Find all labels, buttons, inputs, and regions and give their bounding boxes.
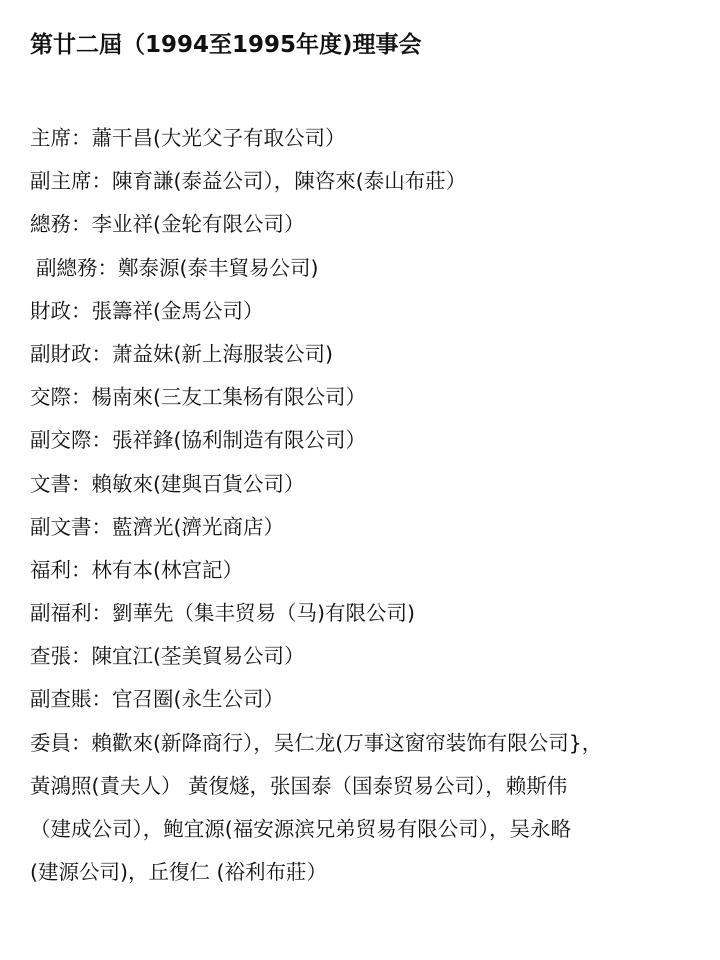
document-title: 第廿二屆（1994至1995年度)理事会 [30,26,422,59]
line-social-affairs: 交際：楊南來(三友工集杨有限公司） [30,376,710,419]
line-vice-treasurer: 副財政：萧益妹(新上海服装公司) [30,333,710,376]
line-vice-general-affairs: 副總務：鄭泰源(泰丰貿易公司) [30,247,710,290]
line-welfare: 福利：林有本(林宫記） [30,549,710,592]
line-treasurer: 財政：張籌祥(金馬公司） [30,290,710,333]
line-vice-welfare: 副福利：劉華先（集丰贸易（马)有限公司) [30,592,710,635]
line-committee-members-2: 黃鴻照(責夫人） 黃復燧，张国泰（国泰贸易公司），赖斯伟 [30,765,710,808]
line-committee-members-1: 委員：賴歡來(新降商行），吴仁龙(万事这窗帘装饰有限公司}， [30,722,710,765]
line-general-affairs: 總務：李业祥(金轮有限公司） [30,203,710,246]
line-vice-chairman: 副主席：陳育謙(泰益公司），陳咨來(泰山布莊） [30,160,710,203]
line-chairman: 主席：蕭干昌(大光父子有取公司） [30,117,710,160]
line-vice-social-affairs: 副交際：張祥鋒(協利制造有限公司） [30,419,710,462]
line-committee-members-3: （建成公司），鲍宜源(福安源滨兄弟贸易有限公司），吴永略 [30,808,710,851]
line-vice-auditor: 副查賬：官召圈(永生公司） [30,678,710,721]
council-member-list: 主席：蕭干昌(大光父子有取公司） 副主席：陳育謙(泰益公司），陳咨來(泰山布莊）… [30,117,710,894]
line-committee-members-4: (建源公司)，丘復仁 (裕利布莊） [30,851,710,894]
line-secretary: 文書：賴敏來(建與百貨公司） [30,463,710,506]
line-auditor: 查張：陳宜江(荃美貿易公司） [30,635,710,678]
line-vice-secretary: 副文書：藍濟光(濟光商店） [30,506,710,549]
